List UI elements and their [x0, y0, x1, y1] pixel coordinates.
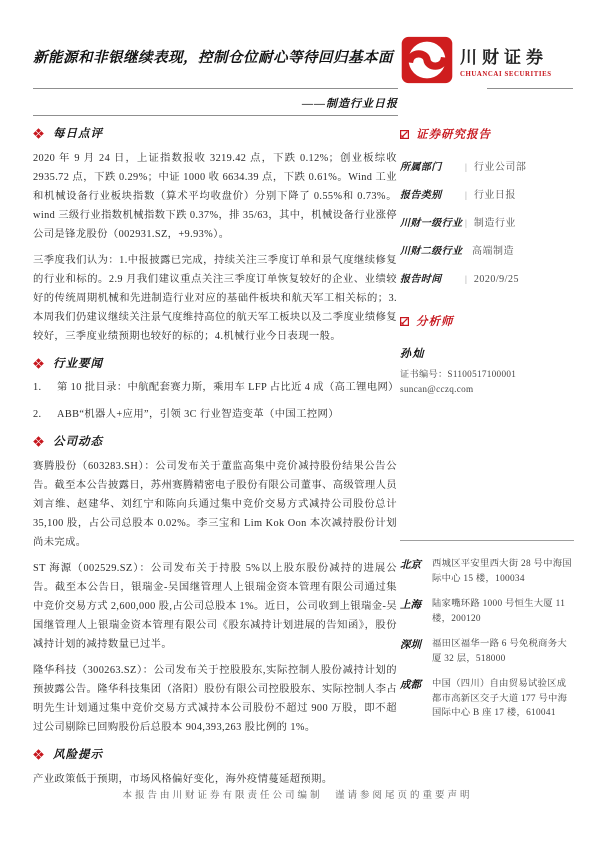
- news-item-number: 2.: [33, 406, 57, 424]
- brand-name-cn: 川财证券: [460, 43, 548, 68]
- section-header-risk-warning: 风险提示: [33, 746, 397, 762]
- diamond-icon: [33, 749, 44, 760]
- field-separator: |: [465, 191, 467, 201]
- office-shenzhen: 深圳 福田区福华一路 6 号免税商务大厦 32 层，518000: [400, 637, 574, 666]
- field-separator: |: [465, 163, 467, 173]
- field-value: 行业日报: [474, 186, 516, 201]
- office-city: 成都: [400, 677, 432, 721]
- office-list: 北京 西城区平安里西大街 28 号中海国际中心 15 楼，100034 上海 陆…: [400, 540, 574, 732]
- sidebar: 证券研究报告 所属部门 | 行业公司部 报告类别 | 行业日报 川财一级行业 |…: [400, 120, 574, 826]
- section-header-company-news: 公司动态: [33, 433, 397, 449]
- office-address: 陆家嘴环路 1000 号恒生大厦 11 楼，200120: [432, 597, 574, 626]
- tagged-square-icon: [400, 130, 409, 139]
- report-field-date: 报告时间 | 2020/9/25: [400, 270, 574, 285]
- report-field-industry-level1: 川财一级行业 | 制造行业: [400, 214, 574, 229]
- header-rule-left: [33, 88, 398, 89]
- field-label: 报告类别: [400, 186, 463, 201]
- office-shanghai: 上海 陆家嘴环路 1000 号恒生大厦 11 楼，200120: [400, 597, 574, 626]
- field-label: 所属部门: [400, 158, 463, 173]
- report-field-category: 报告类别 | 行业日报: [400, 186, 574, 201]
- field-separator: |: [465, 219, 467, 229]
- news-item: 1. 第 10 批目录：中航配套赛力斯，乘用车 LFP 占比近 4 成（高工锂电…: [33, 379, 397, 397]
- sidebar-header-research-report: 证券研究报告: [400, 126, 574, 142]
- office-beijing: 北京 西城区平安里西大街 28 号中海国际中心 15 楼，100034: [400, 557, 574, 586]
- office-address: 福田区福华一路 6 号免税商务大厦 32 层，518000: [432, 637, 574, 666]
- field-separator: |: [465, 275, 467, 285]
- news-item-number: 1.: [33, 379, 57, 397]
- office-city: 北京: [400, 557, 432, 586]
- news-item-text: 第 10 批目录：中航配套赛力斯，乘用车 LFP 占比近 4 成（高工锂电网）: [57, 379, 397, 397]
- analyst-cert-number: 证书编号：S1100517100001: [400, 366, 574, 380]
- report-field-industry-level2: 川财二级行业 高端制造: [400, 242, 574, 257]
- sidebar-header-analyst: 分析师: [400, 313, 574, 329]
- diamond-icon: [33, 436, 44, 447]
- brand-name-en: CHUANCAI SECURITIES: [460, 71, 552, 78]
- report-title: 新能源和非银继续表现，控制仓位耐心等待回归基本面: [33, 46, 403, 67]
- section-header-industry-news: 行业要闻: [33, 355, 397, 371]
- news-item-text: ABB“机器人+应用”，引领 3C 行业智造变革（中国工控网）: [57, 406, 397, 424]
- main-column: 每日点评 2020 年 9 月 24 日，上证指数报收 3219.42 点，下跌…: [33, 120, 397, 796]
- sidebar-header-label: 分析师: [416, 313, 454, 329]
- analyst-block: 分析师 孙灿 证书编号：S1100517100001 suncan@cczq.c…: [400, 313, 574, 394]
- analyst-name: 孙灿: [400, 345, 574, 361]
- section-title: 行业要闻: [53, 355, 103, 371]
- news-item: 2. ABB“机器人+应用”，引领 3C 行业智造变革（中国工控网）: [33, 406, 397, 424]
- section-title: 每日点评: [53, 125, 103, 141]
- office-chengdu: 成都 中国（四川）自由贸易试验区成都市高新区交子大道 177 号中海国际中心 B…: [400, 677, 574, 721]
- analyst-email-link[interactable]: suncan@cczq.com: [400, 384, 574, 394]
- report-field-department: 所属部门 | 行业公司部: [400, 158, 574, 173]
- field-label: 报告时间: [400, 270, 463, 285]
- company-news-paragraph: 隆华科技（300263.SZ）：公司发布关于控股股东,实际控制人股份减持计划的预…: [33, 661, 397, 737]
- office-city: 上海: [400, 597, 432, 626]
- field-value: 高端制造: [472, 242, 514, 257]
- section-header-daily-review: 每日点评: [33, 125, 397, 141]
- brand-text: 川财证券 CHUANCAI SECURITIES: [460, 43, 552, 78]
- field-label: 川财二级行业: [400, 242, 463, 257]
- daily-review-paragraph: 2020 年 9 月 24 日，上证指数报收 3219.42 点，下跌 0.12…: [33, 149, 397, 244]
- company-news-paragraph: 赛腾股份（603283.SH）：公司发布关于董监高集中竞价减持股份结果公告公告。…: [33, 457, 397, 552]
- footer-disclaimer: 本报告由川财证券有限责任公司编制 谨请参阅尾页的重要声明: [0, 787, 595, 801]
- section-title: 公司动态: [53, 433, 103, 449]
- diamond-icon: [33, 358, 44, 369]
- daily-review-paragraph: 三季度我们认为：1.中报披露已完成，持续关注三季度订单和景气度继续修复的行业和标…: [33, 251, 397, 346]
- sidebar-header-label: 证券研究报告: [416, 126, 491, 142]
- subtitle-rule: [33, 115, 398, 116]
- tagged-square-icon: [400, 317, 409, 326]
- company-news-paragraph: ST 海源（002529.SZ）：公司发布关于持股 5%以上股东股份减持的进展公…: [33, 559, 397, 654]
- brand-logo: 川财证券 CHUANCAI SECURITIES: [401, 36, 552, 84]
- field-value: 行业公司部: [474, 158, 527, 173]
- report-page: 新能源和非银继续表现，控制仓位耐心等待回归基本面 川财证券 CHUANCAI S…: [0, 0, 595, 842]
- report-subtitle: ——制造行业日报: [33, 95, 398, 111]
- office-address: 中国（四川）自由贸易试验区成都市高新区交子大道 177 号中海国际中心 B 座 …: [432, 677, 574, 721]
- field-value: 2020/9/25: [474, 274, 519, 285]
- office-city: 深圳: [400, 637, 432, 666]
- chuancai-logo-icon: [401, 36, 453, 84]
- field-value: 制造行业: [474, 214, 516, 229]
- diamond-icon: [33, 128, 44, 139]
- office-address: 西城区平安里西大街 28 号中海国际中心 15 楼，100034: [432, 557, 574, 586]
- header-rule-right: [487, 88, 573, 89]
- section-title: 风险提示: [53, 746, 103, 762]
- field-label: 川财一级行业: [400, 214, 463, 229]
